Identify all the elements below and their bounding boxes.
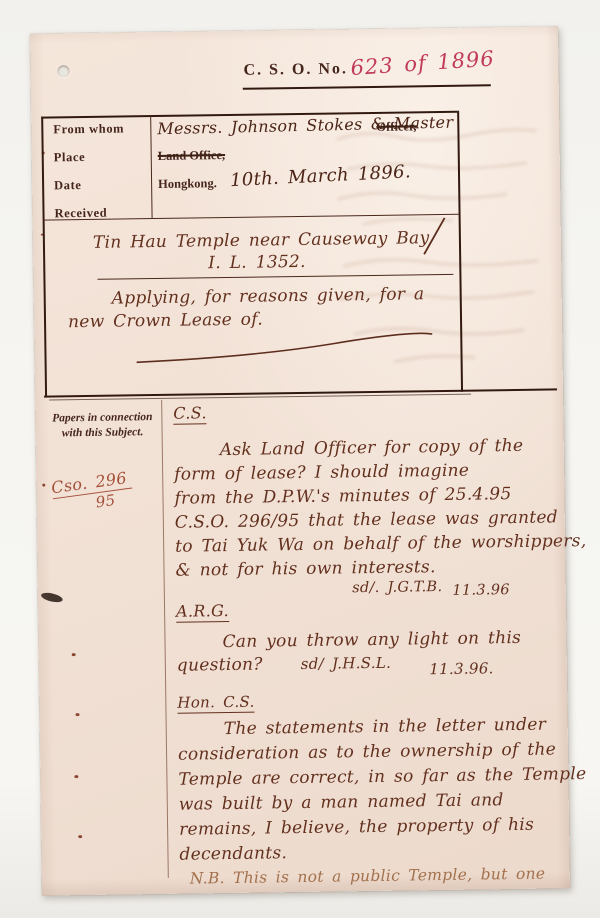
paper-speck <box>42 484 45 487</box>
subject-title-line2: I. L. 1352. <box>208 252 306 273</box>
stitch-dot <box>78 835 82 838</box>
document-sheet: C. S. O. No. 623 of 1896 From whom Place… <box>30 26 570 895</box>
from-whom-label: From whom <box>53 121 124 137</box>
minute-cs-heading: C.S. <box>173 403 207 424</box>
minute-arg-signature: sd/ J.H.S.L. <box>301 654 392 673</box>
punch-hole <box>57 65 69 77</box>
margin-printed-note: Papers in connection with this Subject. <box>44 410 160 442</box>
date-label: Date <box>54 178 82 193</box>
case-number-handwritten: 623 of 1896 <box>350 46 496 80</box>
form-inner-divider <box>150 116 152 218</box>
stitch-dot <box>74 775 78 778</box>
minute-arg-heading: A.R.G. <box>176 601 229 623</box>
stitch-dot <box>72 653 76 656</box>
stitch-dot <box>75 713 79 716</box>
minute-nb-note: N.B. This is not a public Temple, but on… <box>180 862 572 889</box>
form-box-left-rule <box>41 117 46 398</box>
minute-line: question? <box>177 655 263 676</box>
header-underline <box>243 84 491 89</box>
subject-title-line1: Tin Hau Temple near Causeway Bay <box>93 228 430 253</box>
margin-note-line1: Papers in connection <box>44 410 160 427</box>
minute-arg-date: 11.3.96. <box>429 659 494 678</box>
margin-reference-number: Cso. 296 95 <box>50 468 134 517</box>
cso-number-label: C. S. O. No. <box>243 60 348 79</box>
ink-smudge <box>40 591 63 604</box>
date-printed-value: Hongkong. <box>158 176 217 192</box>
scanned-archive-page: { "colors":{"red_ink":"#c13a58","brown_i… <box>0 0 600 918</box>
place-printed-value: Land Office, <box>158 148 226 164</box>
place-label: Place <box>54 150 86 165</box>
check-flourish-mark <box>421 216 448 256</box>
abstract-line2: new Crown Lease of. <box>68 310 263 333</box>
minute-arg: A.R.G. Can you throw any light on this q… <box>176 596 565 675</box>
minute-hon-cs: Hon. C.S. The statements in the letter u… <box>177 688 572 889</box>
margin-note-line2: with this Subject. <box>44 425 160 442</box>
flourish-line <box>134 328 434 366</box>
minute-cs-signature: sd/. J.G.T.B. <box>352 579 442 596</box>
minute-cs: C.S. Ask Land Officer for copy of the fo… <box>173 398 564 598</box>
minute-column-divider <box>161 400 169 878</box>
received-label: Received <box>54 206 107 222</box>
minute-hon-cs-heading: Hon. C.S. <box>177 693 255 714</box>
